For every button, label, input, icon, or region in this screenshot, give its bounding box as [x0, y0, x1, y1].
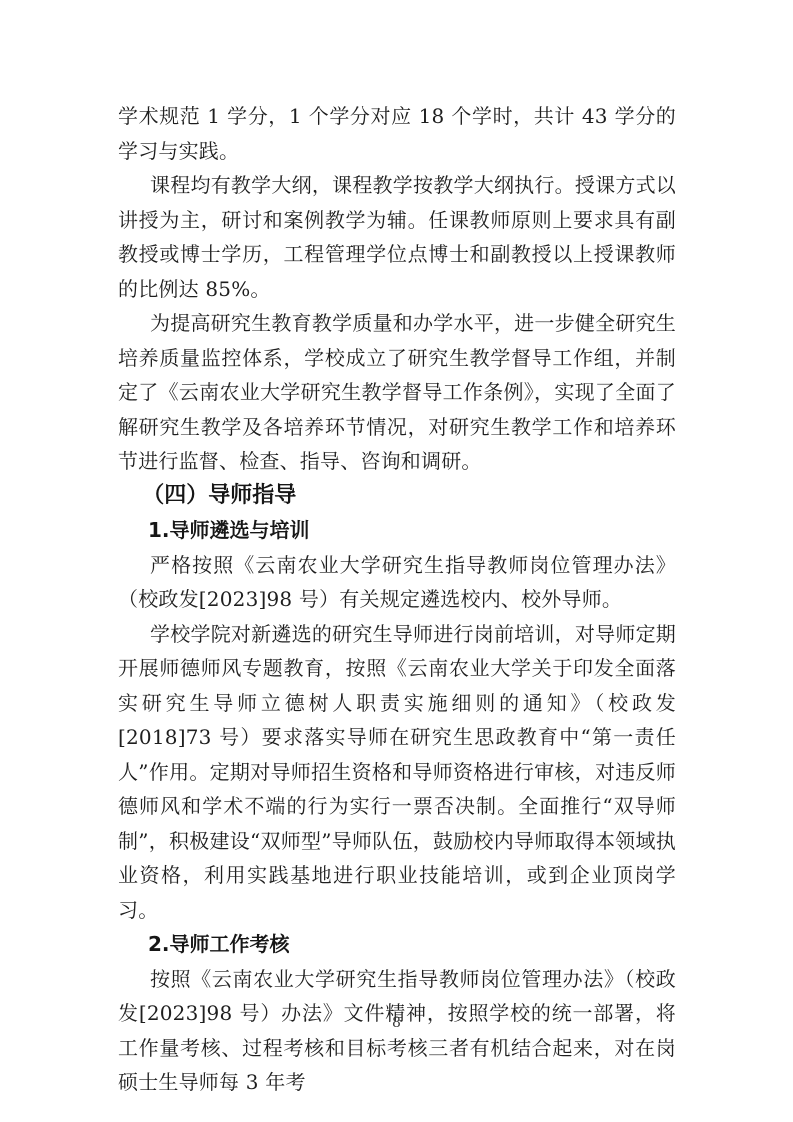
subheading-supervisor-assessment: 2.导师工作考核 — [118, 927, 676, 962]
paragraph-credits-continuation: 学术规范 1 学分，1 个学分对应 18 个学时，共计 43 学分的学习与实践。 — [118, 99, 676, 168]
document-page: 学术规范 1 学分，1 个学分对应 18 个学时，共计 43 学分的学习与实践。… — [0, 0, 793, 1122]
paragraph-course-teaching: 课程均有教学大纲，课程教学按教学大纲执行。授课方式以讲授为主，研讨和案例教学为辅… — [118, 168, 676, 306]
paragraph-supervisor-training: 学校学院对新遴选的研究生导师进行岗前培训，对导师定期开展师德师风专题教育，按照《… — [118, 617, 676, 928]
paragraph-supervisor-selection: 严格按照《云南农业大学研究生指导教师岗位管理办法》（校政发[2023]98 号）… — [118, 548, 676, 617]
paragraph-quality-supervision: 为提高研究生教育教学质量和办学水平，进一步健全研究生培养质量监控体系，学校成立了… — [118, 306, 676, 479]
subheading-supervisor-selection-training: 1.导师遴选与培训 — [118, 513, 676, 548]
page-number: 8 — [0, 1014, 793, 1032]
section-heading-supervisor-guidance: （四）导师指导 — [118, 479, 676, 514]
page-content: 学术规范 1 学分，1 个学分对应 18 个学时，共计 43 学分的学习与实践。… — [118, 99, 676, 1100]
